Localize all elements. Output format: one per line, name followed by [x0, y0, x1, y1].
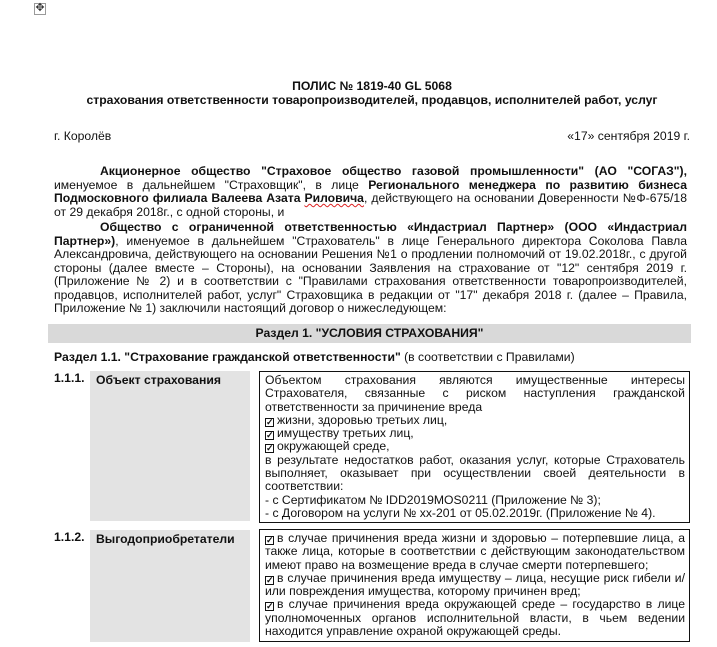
subsection-heading: Раздел 1.1. "Страхование гражданской отв… — [54, 350, 575, 365]
subsection-title: Раздел 1.1. "Страхование гражданской отв… — [54, 350, 401, 364]
clause-item: - с Договором на услуги № хх-201 от 05.0… — [265, 507, 685, 520]
clause-intro: Объектом страхования являются имуществен… — [265, 374, 685, 414]
checked-checkbox-icon[interactable]: ✓ — [265, 576, 274, 585]
checked-checkbox-icon[interactable]: ✓ — [265, 536, 274, 545]
policyholder-text: , именуемое в дальнейшем "Страхователь" … — [54, 234, 687, 316]
policyholder-paragraph: Общество с ограниченной ответственностью… — [54, 221, 687, 316]
checked-checkbox-icon[interactable]: ✓ — [265, 444, 274, 453]
checked-checkbox-icon[interactable]: ✓ — [265, 431, 274, 440]
policy-title: ПОЛИС № 1819-40 GL 5068 — [54, 79, 690, 94]
check-label: окружающей среде, — [277, 439, 390, 453]
city: г. Королёв — [54, 129, 111, 144]
clause-number: 1.1.1. — [54, 371, 85, 386]
policy-subtitle: страхования ответственности товаропроизв… — [54, 93, 690, 108]
checked-checkbox-icon[interactable]: ✓ — [265, 418, 274, 427]
check-label: жизни, здоровью третьих лиц, — [277, 413, 447, 427]
insurer-paragraph: Акционерное общество "Страховое общество… — [54, 165, 687, 219]
check-label: в случае причинения вреда жизни и здоров… — [265, 531, 685, 572]
check-item: ✓окружающей среде, — [265, 440, 685, 453]
section-heading: Раздел 1. "УСЛОВИЯ СТРАХОВАНИЯ" — [48, 324, 691, 343]
check-item: ✓жизни, здоровью третьих лиц, — [265, 414, 685, 427]
policy-date: «17» сентября 2019 г. — [567, 129, 690, 144]
check-label: в случае причинения вреда имуществу – ли… — [265, 571, 685, 598]
insurer-name: Акционерное общество "Страховое общество… — [100, 164, 687, 178]
clause-label: Выгодоприобретатели — [90, 530, 250, 642]
check-label: имуществу третьих лиц, — [277, 426, 414, 440]
check-item: ✓имуществу третьих лиц, — [265, 427, 685, 440]
clause-label: Объект страхования — [90, 371, 250, 521]
clause-number: 1.1.2. — [54, 530, 85, 545]
check-item: ✓в случае причинения вреда имуществу – л… — [265, 572, 685, 599]
check-label: в случае причинения вреда окружающей сре… — [265, 597, 685, 638]
check-item: ✓в случае причинения вреда жизни и здоро… — [265, 532, 685, 572]
clause-content-insured-object: Объектом страхования являются имуществен… — [259, 371, 690, 523]
checked-checkbox-icon[interactable]: ✓ — [265, 602, 274, 611]
clause-content-beneficiaries: ✓в случае причинения вреда жизни и здоро… — [259, 529, 690, 642]
clause-item: - с Сертификатом № IDD2019MOS0211 (Прило… — [265, 494, 685, 507]
table-move-handle-icon[interactable]: ✥ — [34, 3, 46, 15]
insurer-text: именуемое в дальнейшем "Страховщик", в л… — [54, 178, 368, 192]
subsection-note: (в соответствии с Правилами) — [401, 350, 575, 364]
spellcheck-word[interactable]: Риловича — [304, 191, 364, 205]
clause-after: в результате недостатков работ, оказания… — [265, 454, 685, 494]
check-item: ✓в случае причинения вреда окружающей ср… — [265, 598, 685, 638]
